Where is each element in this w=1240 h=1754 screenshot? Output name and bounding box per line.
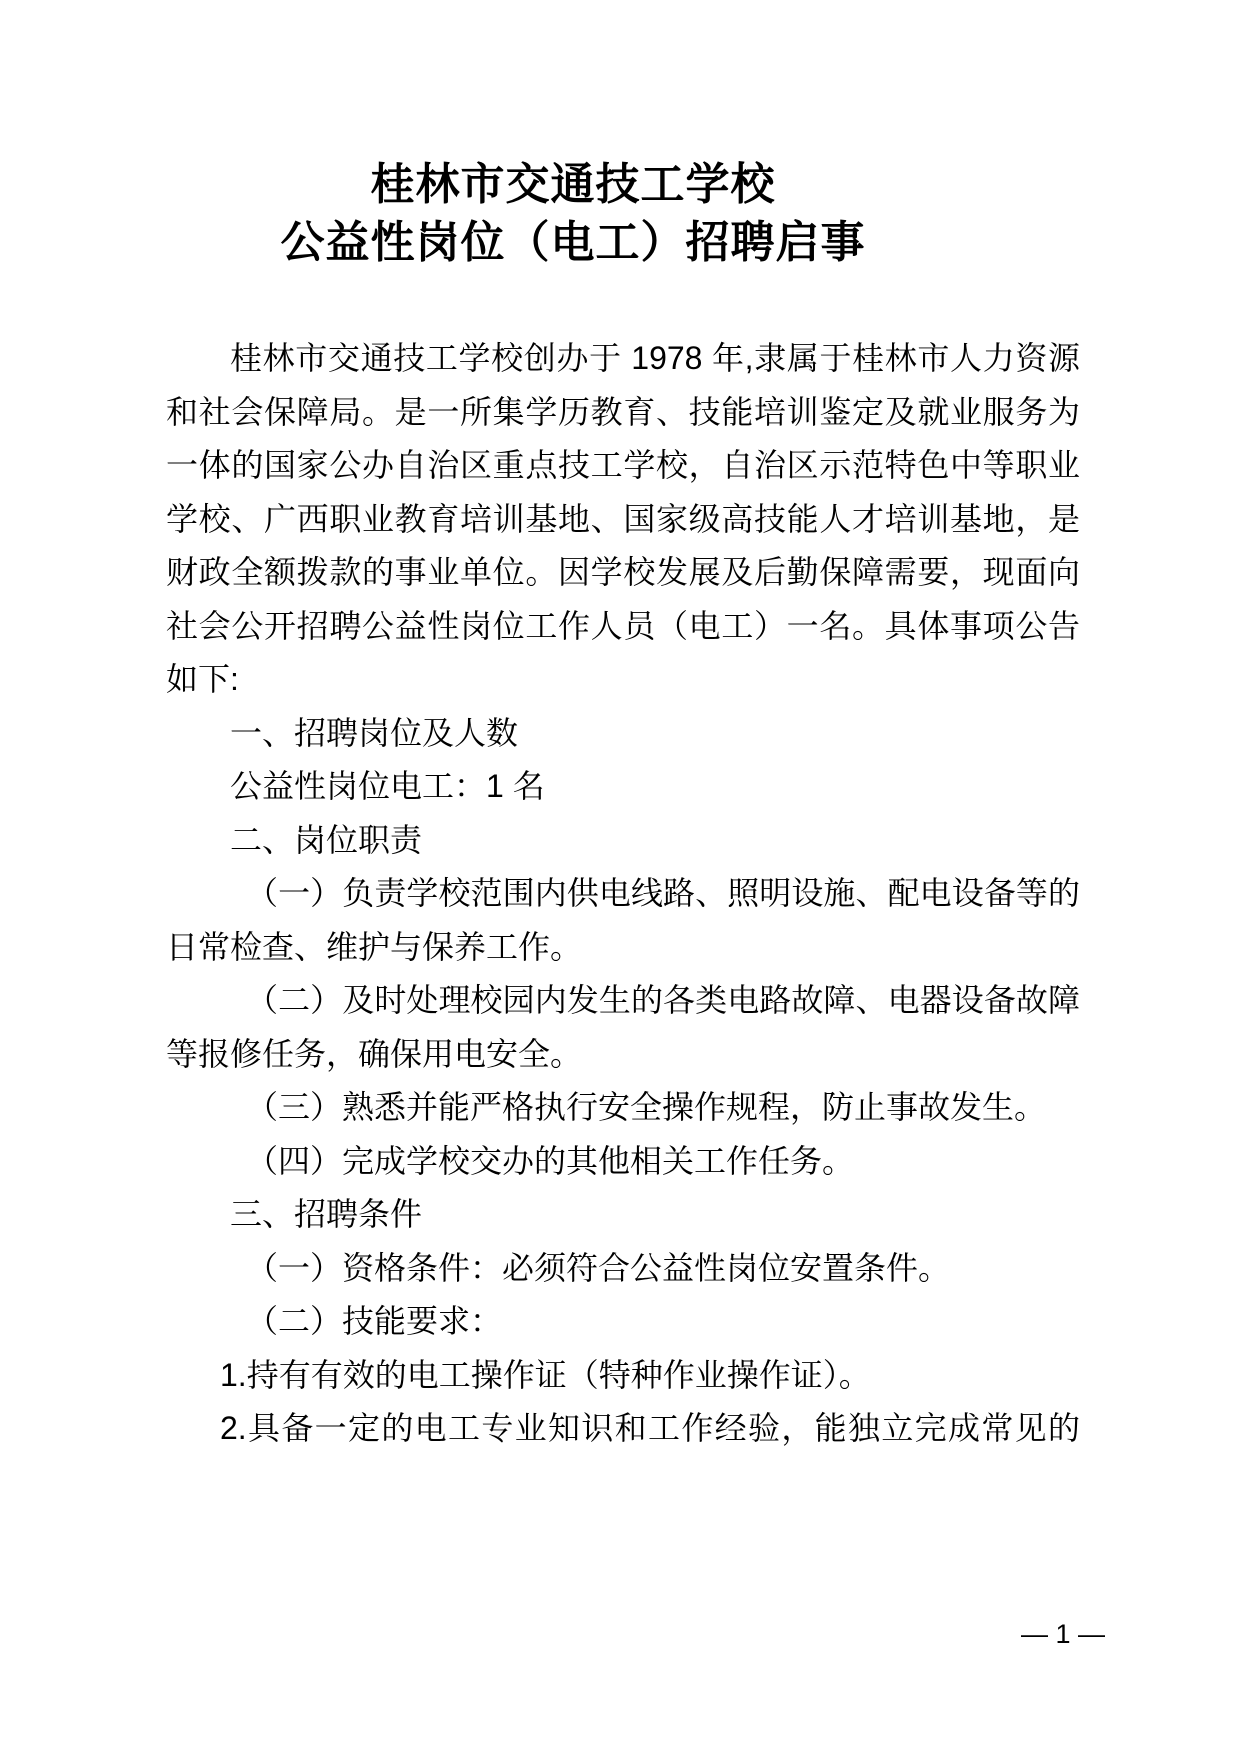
body-line: 一体的国家公办自治区重点技工学校，自治区示范特色中等职业 <box>166 439 1080 493</box>
body-line: 三、招聘条件 <box>166 1188 1080 1242</box>
body-line: 二、岗位职责 <box>166 814 1080 868</box>
title-block: 桂林市交通技工学校 公益性岗位（电工）招聘启事 <box>166 0 1080 272</box>
body-line: 社会公开招聘公益性岗位工作人员（电工）一名。具体事项公告 <box>166 600 1080 654</box>
document-title-line-2: 公益性岗位（电工）招聘启事 <box>166 214 980 272</box>
body-line: （一）负责学校范围内供电线路、照明设施、配电设备等的 <box>166 867 1080 921</box>
body-line: 公益性岗位电工：1 名 <box>166 760 1080 814</box>
body-line: 等报修任务，确保用电安全。 <box>166 1028 1080 1082</box>
body-line: 财政全额拨款的事业单位。因学校发展及后勤保障需要，现面向 <box>166 546 1080 600</box>
body-line: （二）技能要求： <box>166 1295 1080 1349</box>
page-number: — 1 — <box>1021 1618 1105 1650</box>
body-line: 2.具备一定的电工专业知识和工作经验，能独立完成常见的 <box>166 1402 1080 1456</box>
body-line: 桂林市交通技工学校创办于 1978 年,隶属于桂林市人力资源 <box>166 332 1080 386</box>
body-line: 1.持有有效的电工操作证（特种作业操作证）。 <box>166 1349 1080 1403</box>
body-line: 日常检查、维护与保养工作。 <box>166 921 1080 975</box>
document-page: 桂林市交通技工学校 公益性岗位（电工）招聘启事 桂林市交通技工学校创办于 197… <box>0 0 1240 1754</box>
body-line: 一、招聘岗位及人数 <box>166 707 1080 761</box>
body-line: （四）完成学校交办的其他相关工作任务。 <box>166 1135 1080 1189</box>
body-line: 和社会保障局。是一所集学历教育、技能培训鉴定及就业服务为 <box>166 386 1080 440</box>
body-line: （一）资格条件：必须符合公益性岗位安置条件。 <box>166 1242 1080 1296</box>
body-text: 桂林市交通技工学校创办于 1978 年,隶属于桂林市人力资源和社会保障局。是一所… <box>166 332 1080 1456</box>
body-line: （三）熟悉并能严格执行安全操作规程，防止事故发生。 <box>166 1081 1080 1135</box>
body-line: （二）及时处理校园内发生的各类电路故障、电器设备故障 <box>166 974 1080 1028</box>
document-title-line-1: 桂林市交通技工学校 <box>166 156 980 214</box>
body-line: 如下: <box>166 653 1080 707</box>
body-line: 学校、广西职业教育培训基地、国家级高技能人才培训基地，是 <box>166 493 1080 547</box>
